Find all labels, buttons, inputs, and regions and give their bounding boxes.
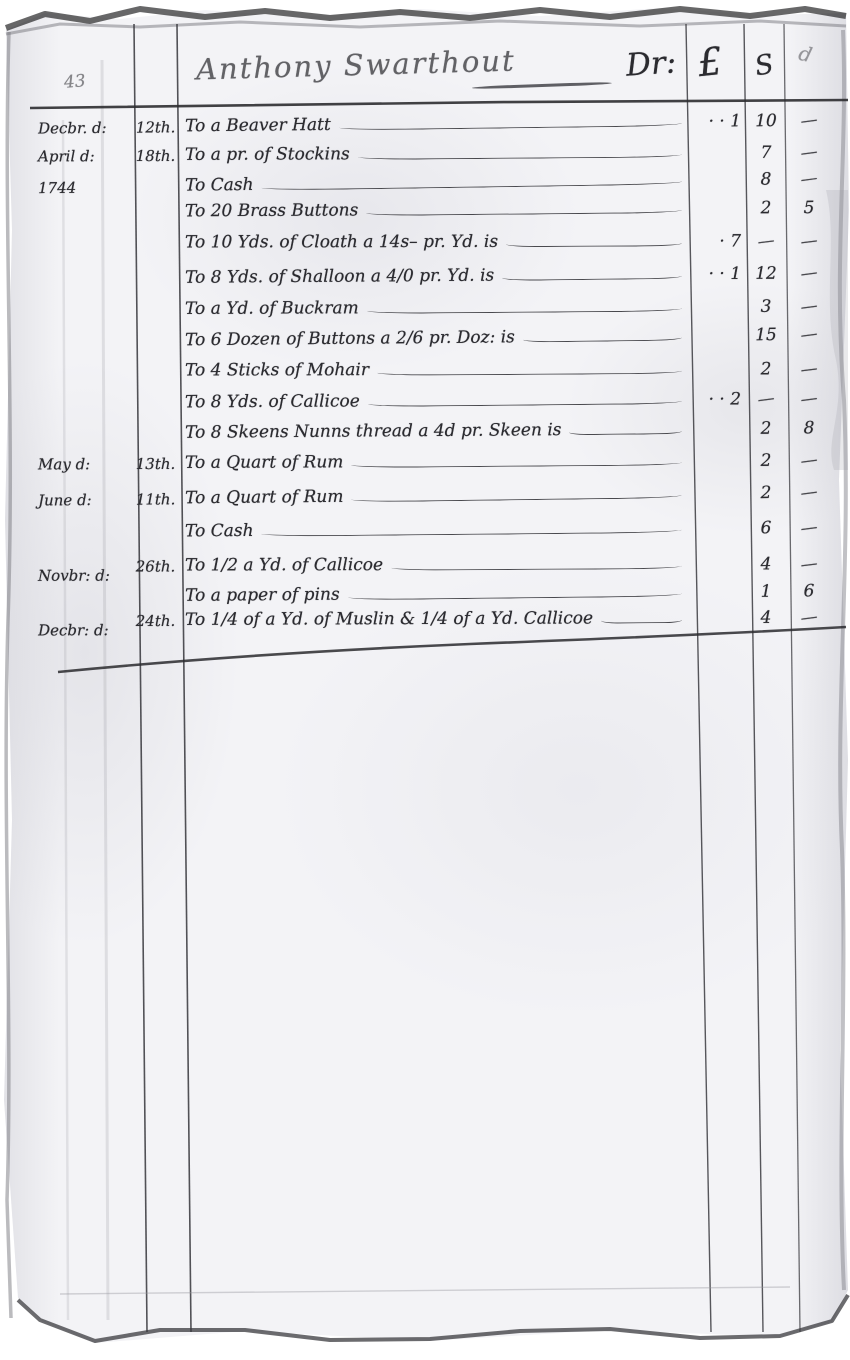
entry-description: To a pr. of Stockins xyxy=(185,144,350,165)
amount-pence: 6 xyxy=(787,581,831,601)
entry-description: To a Yd. of Buckram xyxy=(185,298,359,319)
entry-description: To a Quart of Rum xyxy=(185,487,344,508)
description-filler-line xyxy=(494,268,685,285)
amount-pence: — xyxy=(786,448,832,473)
amount-shillings: 4 xyxy=(745,554,787,574)
ledger-row: To Cash 6 — xyxy=(38,511,834,542)
description-filler-line xyxy=(343,455,685,472)
entry-description: To 8 Yds. of Callicoe xyxy=(185,391,360,412)
amount-pounds xyxy=(685,190,745,191)
ledger-row: To 8 Yds. of Shalloon a 4/0 pr. Yd. is ·… xyxy=(38,256,834,289)
amount-pence: — xyxy=(786,386,832,411)
ledger-row: To 8 Yds. of Callicoe · · 2 — — xyxy=(38,382,834,413)
entry-description: To a Quart of Rum xyxy=(185,452,343,473)
entry-date xyxy=(38,288,132,289)
entry-description: To 1/2 a Yd. of Callicoe xyxy=(185,555,383,575)
ledger-row: To a Yd. of Buckram 3 — xyxy=(38,290,834,320)
ledger-row: To 6 Dozen of Buttons a 2/6 pr. Doz: is … xyxy=(38,318,834,352)
entry-description: To 8 Skeens Nunns thread a 4d pr. Skeen … xyxy=(185,420,562,443)
ledger-row: To 10 Yds. of Cloath a 14s– pr. Yd. is ·… xyxy=(38,224,834,252)
ledger-row: Novbr: d: 26th. To 1/2 a Yd. of Callicoe… xyxy=(38,547,834,575)
amount-pence: — xyxy=(786,357,832,382)
ledger-row: June d: 11th. To a Quart of Rum 2 — xyxy=(38,476,834,510)
entry-description: To a Beaver Hatt xyxy=(185,115,331,136)
amount-shillings: 6 xyxy=(745,518,787,538)
entry-description: To 6 Dozen of Buttons a 2/6 pr. Doz: is xyxy=(185,327,515,350)
ledger-scan: 43 Anthony Swarthout Dr: £ S d Decbr. d:… xyxy=(0,0,850,1360)
description-filler-line xyxy=(369,364,685,381)
ledger-row: April d: 18th. To a pr. of Stockins 7 — xyxy=(38,136,834,166)
amount-shillings: — xyxy=(744,387,788,412)
entry-date xyxy=(38,351,132,352)
entry-day: 24th. xyxy=(132,612,179,630)
description-filler-line xyxy=(331,116,685,135)
description-filler-line xyxy=(253,523,685,541)
ledger-row: May d: 13th. To a Quart of Rum 2 — xyxy=(38,444,834,474)
ledger-row: To 20 Brass Buttons 2 5 xyxy=(38,191,834,222)
entry-description: To Cash xyxy=(185,175,254,196)
amount-shillings: 1 xyxy=(745,582,787,602)
amount-pence: — xyxy=(786,108,832,134)
description-filler-line xyxy=(359,301,685,318)
amount-pence: — xyxy=(786,294,832,319)
description-filler-line xyxy=(360,394,685,412)
amount-pounds: · · 1 xyxy=(685,111,745,132)
amount-pence: — xyxy=(786,261,832,287)
amount-shillings: — xyxy=(744,229,788,254)
entry-date xyxy=(38,443,132,444)
entry-description: To 8 Yds. of Shalloon a 4/0 pr. Yd. is xyxy=(185,266,494,288)
entry-description: To 4 Sticks of Mohair xyxy=(185,360,369,380)
amount-pence: — xyxy=(786,229,832,254)
amount-shillings: 2 xyxy=(745,359,787,379)
amount-pounds: · · 1 xyxy=(685,264,745,284)
entry-description: To 10 Yds. of Cloath a 14s– pr. Yd. is xyxy=(185,232,498,253)
amount-shillings: 4 xyxy=(745,608,787,628)
entry-date: April d: xyxy=(38,147,132,165)
amount-shillings: 2 xyxy=(745,419,787,439)
entry-date: June d: xyxy=(38,491,132,510)
entry-day: 13th. xyxy=(132,455,179,473)
amount-pounds xyxy=(685,345,745,346)
description-filler-line xyxy=(515,330,685,347)
entry-description: To 1/4 of a Yd. of Muslin & 1/4 of a Yd.… xyxy=(185,608,593,629)
amount-pence: — xyxy=(786,166,832,192)
amount-shillings: 7 xyxy=(745,143,787,163)
entry-date: Decbr. d: xyxy=(38,119,132,138)
description-filler-line xyxy=(350,147,685,164)
entry-day: 11th. xyxy=(132,490,179,508)
amount-pence: — xyxy=(786,515,832,540)
entry-date: Decbr: d: xyxy=(38,621,132,639)
entry-description: To Cash xyxy=(185,521,254,541)
description-filler-line xyxy=(593,612,685,628)
entry-day: 18th. xyxy=(132,147,179,165)
ledger-row: Decbr. d: 12th. To a Beaver Hatt · · 1 1… xyxy=(38,104,834,138)
amount-shillings: 3 xyxy=(745,297,787,317)
entry-description: To 20 Brass Buttons xyxy=(185,200,358,221)
amount-pence: — xyxy=(786,552,832,577)
amount-shillings: 15 xyxy=(745,325,787,345)
description-filler-line xyxy=(383,559,685,576)
amount-shillings: 2 xyxy=(745,451,787,471)
amount-shillings: 2 xyxy=(745,483,787,503)
amount-pounds: · 7 xyxy=(685,231,745,251)
entry-day: 26th. xyxy=(132,557,179,575)
description-filler-line xyxy=(498,236,685,252)
ledger-row: To 8 Skeens Nunns thread a 4d pr. Skeen … xyxy=(38,411,834,444)
ledger-rows: Decbr. d: 12th. To a Beaver Hatt · · 1 1… xyxy=(0,0,850,1360)
amount-pence: 8 xyxy=(787,418,831,438)
description-filler-line xyxy=(343,488,685,507)
amount-pence: — xyxy=(786,480,832,506)
amount-pence: — xyxy=(786,322,832,348)
amount-shillings: 8 xyxy=(745,169,787,189)
amount-pounds: · · 2 xyxy=(685,389,745,409)
amount-shillings: 2 xyxy=(745,198,787,218)
ledger-row: To 4 Sticks of Mohair 2 — xyxy=(38,352,834,380)
entry-date: May d: xyxy=(38,455,132,473)
amount-pounds xyxy=(685,503,745,504)
description-filler-line xyxy=(561,423,685,440)
amount-shillings: 12 xyxy=(745,264,787,284)
amount-pence: 5 xyxy=(787,198,831,218)
amount-pence: — xyxy=(786,605,832,630)
amount-shillings: 10 xyxy=(745,111,787,131)
entry-day: 12th. xyxy=(132,118,179,136)
description-filler-line xyxy=(358,203,685,221)
ledger-row: Decbr: d: 24th. To 1/4 of a Yd. of Musli… xyxy=(38,601,834,631)
